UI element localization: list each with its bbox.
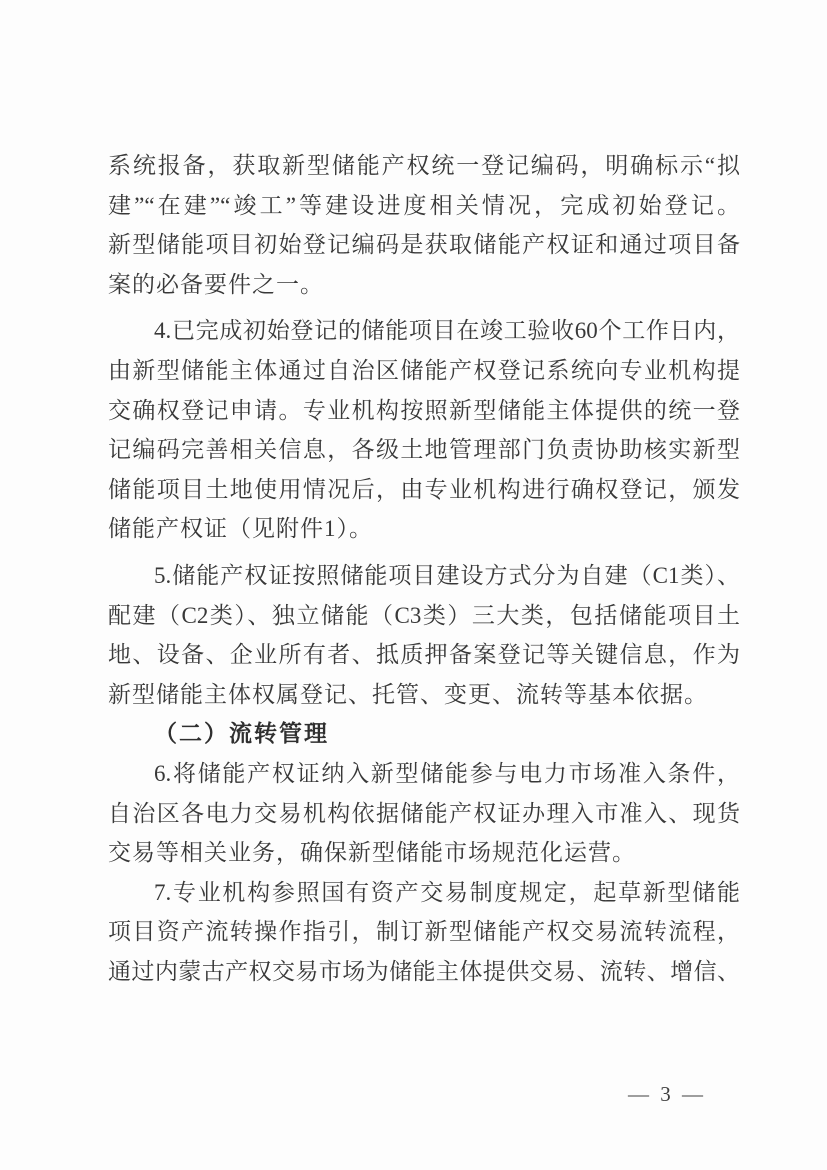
document-line: 交易等相关业务，确保新型储能市场规范化运营。 bbox=[108, 833, 740, 873]
document-line: 通过内蒙古产权交易市场为储能主体提供交易、流转、增信、 bbox=[108, 952, 740, 992]
document-line: 记编码完善相关信息，各级土地管理部门负责协助核实新型 bbox=[108, 430, 740, 470]
document-line: 新型储能主体权属登记、托管、变更、流转等基本依据。 bbox=[108, 675, 740, 715]
document-page: 系统报备，获取新型储能产权统一登记编码，明确标示“拟 建”“在建”“竣工”等建设… bbox=[0, 0, 827, 1170]
document-body: 系统报备，获取新型储能产权统一登记编码，明确标示“拟 建”“在建”“竣工”等建设… bbox=[108, 146, 740, 991]
document-line: 由新型储能主体通过自治区储能产权登记系统向专业机构提 bbox=[108, 351, 740, 391]
document-line: 建”“在建”“竣工”等建设进度相关情况，完成初始登记。 bbox=[108, 186, 740, 226]
document-line: 交确权登记申请。专业机构按照新型储能主体提供的统一登 bbox=[108, 391, 740, 431]
document-line-item-7: 7.专业机构参照国有资产交易制度规定，起草新型储能 bbox=[108, 873, 740, 913]
document-line-item-6: 6.将储能产权证纳入新型储能参与电力市场准入条件， bbox=[108, 754, 740, 794]
page-number: — 3 — bbox=[612, 1082, 722, 1107]
document-line: 配建（C2类）、独立储能（C3类）三大类，包括储能项目土 bbox=[108, 596, 740, 636]
document-line: 地、设备、企业所有者、抵质押备案登记等关键信息，作为 bbox=[108, 635, 740, 675]
section-heading: （二）流转管理 bbox=[108, 714, 740, 754]
document-line: 储能项目土地使用情况后，由专业机构进行确权登记，颁发 bbox=[108, 470, 740, 510]
document-line-item-4: 4.已完成初始登记的储能项目在竣工验收60个工作日内， bbox=[108, 311, 740, 351]
document-line: 项目资产流转操作指引，制订新型储能产权交易流转流程， bbox=[108, 912, 740, 952]
document-line: 新型储能项目初始登记编码是获取储能产权证和通过项目备 bbox=[108, 225, 740, 265]
document-line: 储能产权证（见附件1）。 bbox=[108, 509, 740, 549]
document-line-item-5: 5.储能产权证按照储能项目建设方式分为自建（C1类）、 bbox=[108, 556, 740, 596]
document-line: 自治区各电力交易机构依据储能产权证办理入市准入、现货 bbox=[108, 794, 740, 834]
document-line: 系统报备，获取新型储能产权统一登记编码，明确标示“拟 bbox=[108, 146, 740, 186]
document-line: 案的必备要件之一。 bbox=[108, 265, 740, 305]
